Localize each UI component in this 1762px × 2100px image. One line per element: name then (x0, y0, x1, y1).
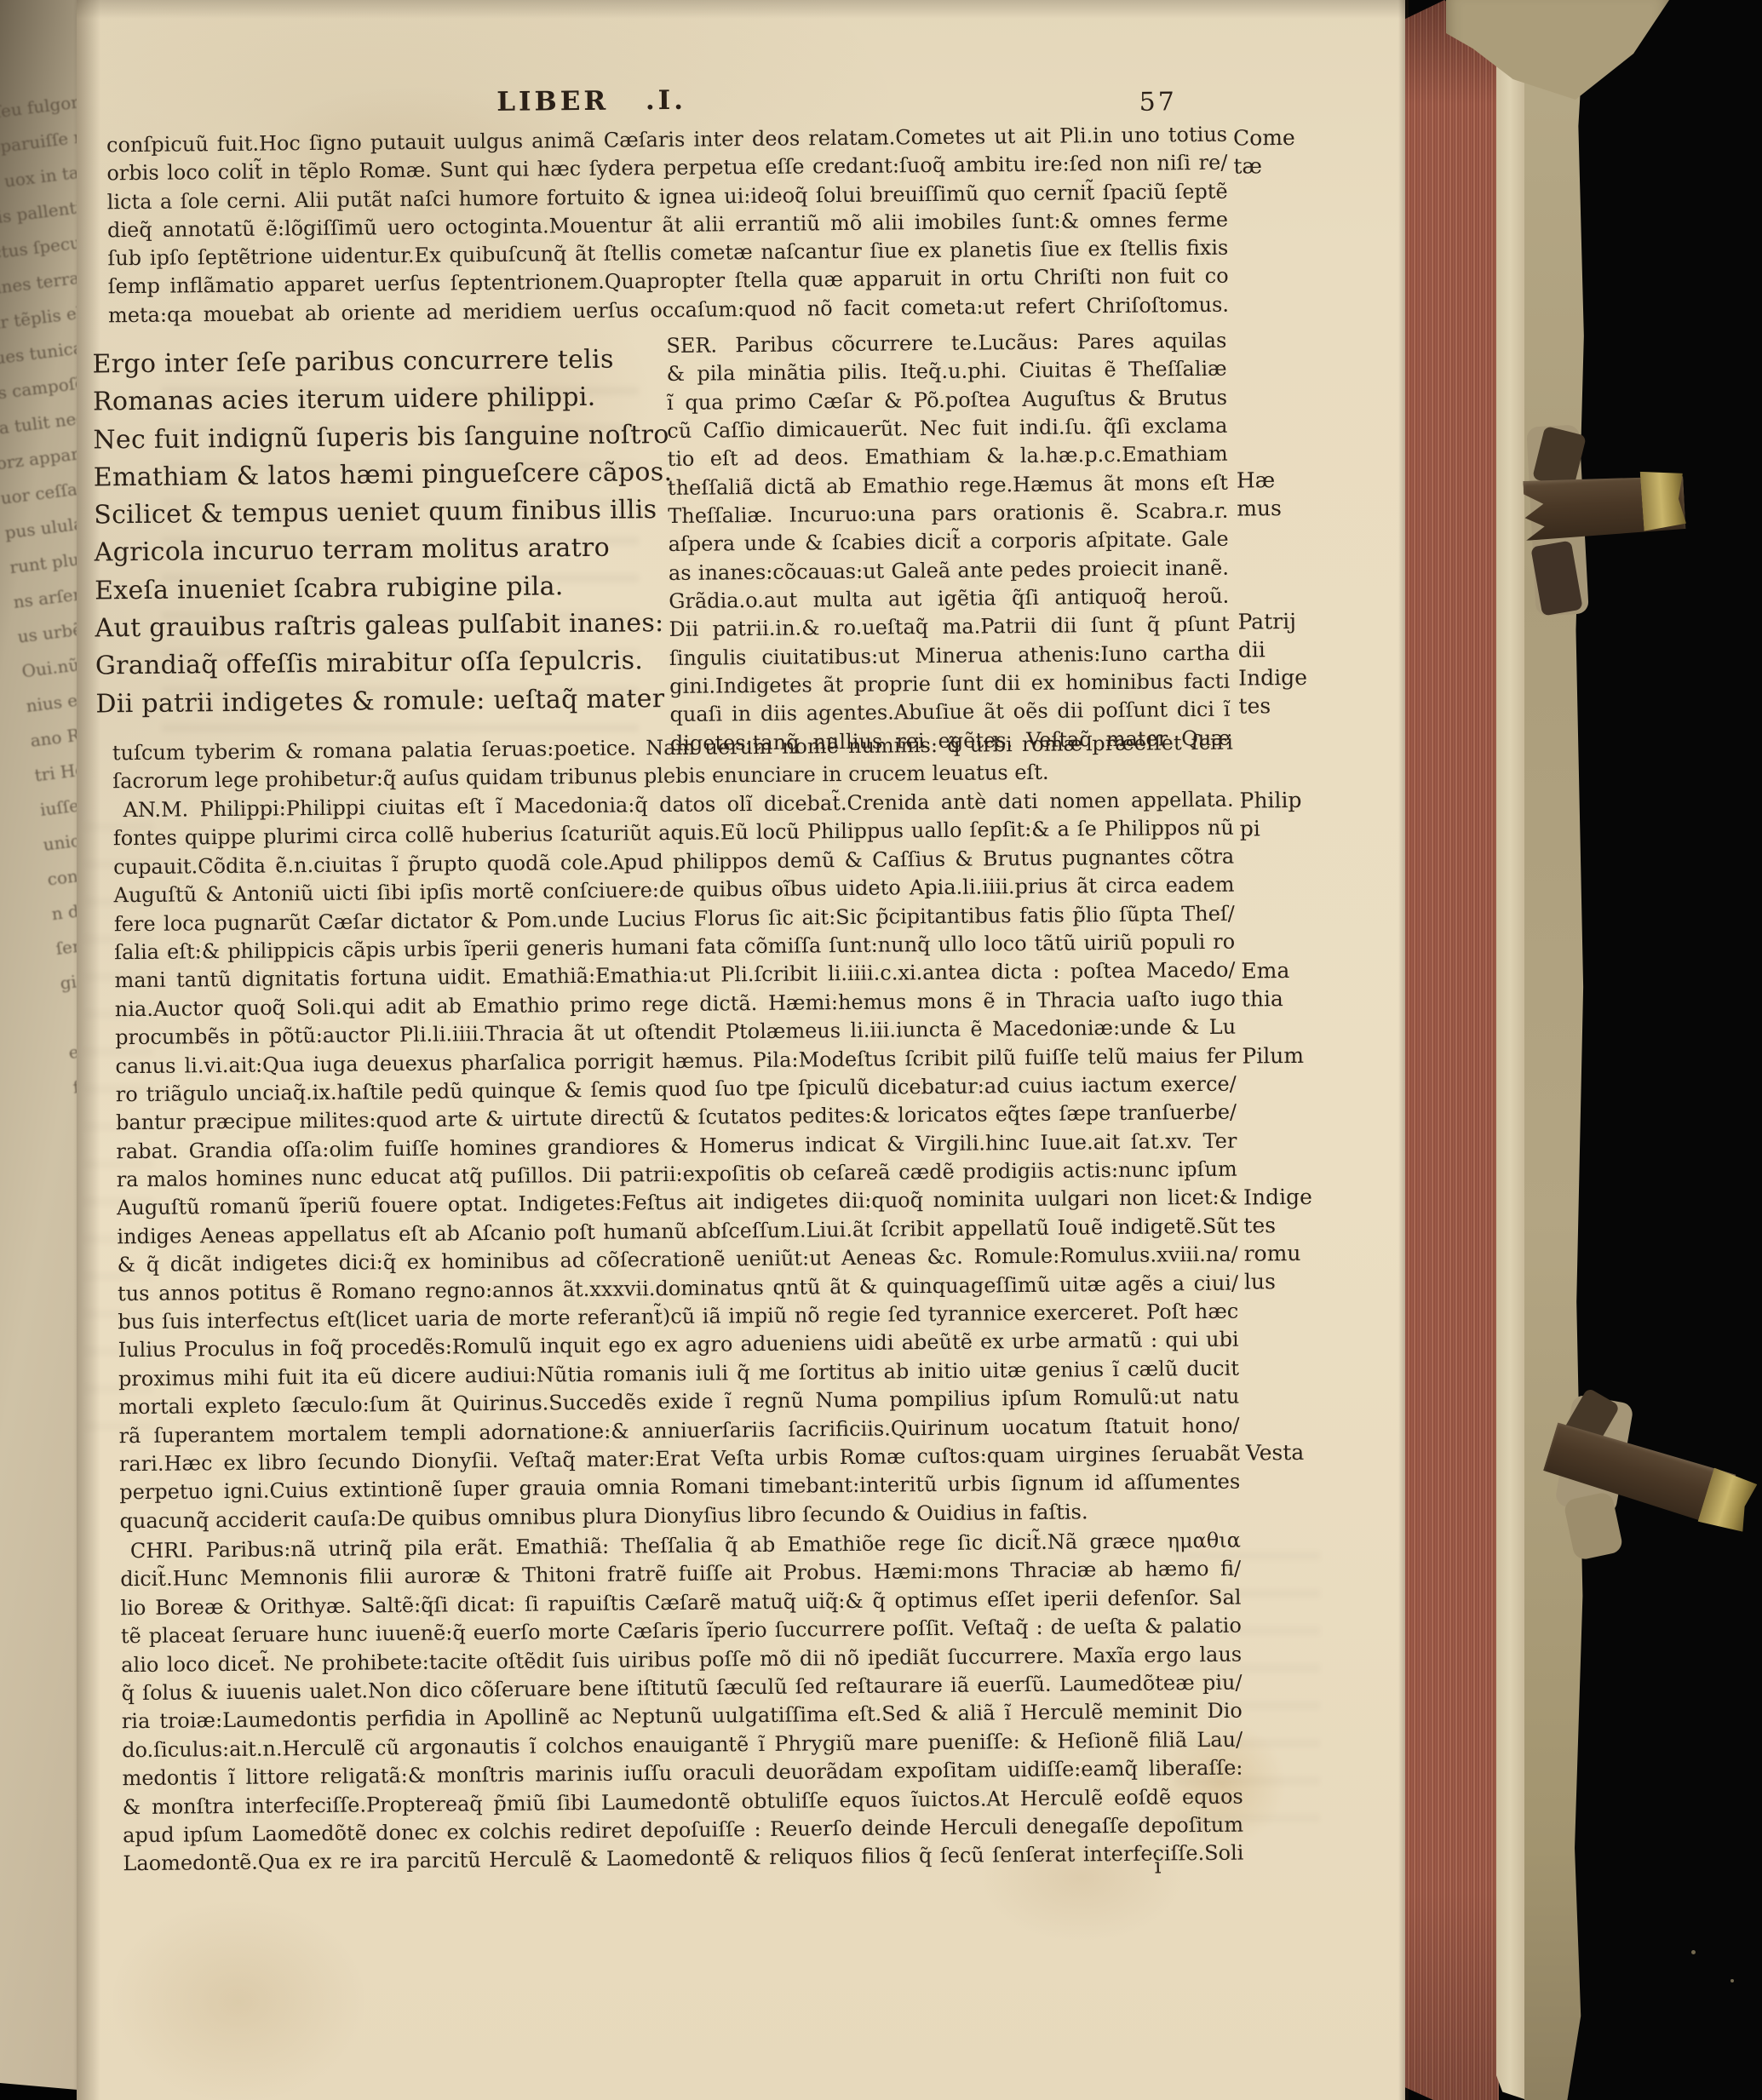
text-line: Emathiam & latos hæmi pingueſcere cãpos. (94, 454, 673, 497)
bridge-paragraph: tuſcum tyberim & romana palatia ſeruas:p… (112, 729, 1234, 796)
signature-mark: i (1154, 1854, 1161, 1879)
margin-note-cometae: Come tæ (1233, 123, 1336, 180)
servius-commentary-column: SER. Paribus cõcurrere te.Lucãus: Pares … (666, 327, 1231, 758)
running-title: LIBER .I. (106, 81, 1076, 121)
dust-speck (1691, 1950, 1696, 1954)
ancharius-commentary-block: AN.M. Philippi:Philippi ciuitas eſt ĩ Ma… (112, 786, 1240, 1536)
text-line: Grandiaq̃ offeſſis mirabitur oſſa ſepulc… (95, 642, 674, 686)
poem-column: Ergo inter ſeſe paribus concurrere telis… (92, 341, 674, 723)
page-block-inner-band (1496, 49, 1527, 2100)
photograph-of-open-book: uſor ſeu fulgore cæliæ apparuiſſe nouies… (0, 0, 1762, 2100)
margin-note-pilum: Pilum (1242, 1041, 1344, 1070)
text-line: Aut grauibus raſtris galeas pulſabit ina… (95, 605, 674, 648)
margin-note-vesta: Vesta (1246, 1437, 1348, 1466)
text-line: Scilicet & tempus ueniet quum finibus il… (94, 491, 673, 535)
margin-note-patrii-dii-indigetes: Patrij dii Indige tes (1237, 606, 1340, 720)
text-line: Romanas acies iterum uidere philippi. (93, 378, 672, 422)
text-line: Exeſa inueniet ſcabra rubigine pila. (95, 567, 674, 611)
printed-text-layer: LIBER .I. 57 conſpicuũ fuit.Hoc ſigno pu… (67, 0, 1416, 2100)
margin-note-indigetes-romulus: Indige tes romu lus (1243, 1182, 1346, 1295)
text-line: Agricola incuruo terram molitus aratro (94, 529, 673, 572)
page-number: 57 (1139, 87, 1177, 117)
text-line: Ergo inter ſeſe paribus concurrere telis (92, 341, 671, 384)
christophorus-commentary-block: CHRI. Paribus:nã utrinq̃ pila erãt. Emat… (120, 1527, 1244, 1879)
dust-speck (1730, 1979, 1734, 1982)
margin-note-philippi: Philip pi (1239, 785, 1342, 842)
text-line: Dii patrii indigetes & romule: ueſtaq̃ m… (95, 680, 674, 724)
red-fore-edge (1405, 0, 1499, 2100)
margin-note-emathia: Ema thia (1241, 955, 1344, 1013)
intro-paragraph: conſpicuũ fuit.Hoc ſigno putauit uulgus … (106, 121, 1229, 330)
margin-note-haemus: Hæ mus (1237, 465, 1340, 522)
parchment-cover-edge (1524, 0, 1586, 2100)
text-line: Nec fuit indignũ ſuperis bis ſanguine no… (93, 416, 672, 460)
book-page: LIBER .I. 57 conſpicuũ fuit.Hoc ſigno pu… (77, 0, 1405, 2100)
